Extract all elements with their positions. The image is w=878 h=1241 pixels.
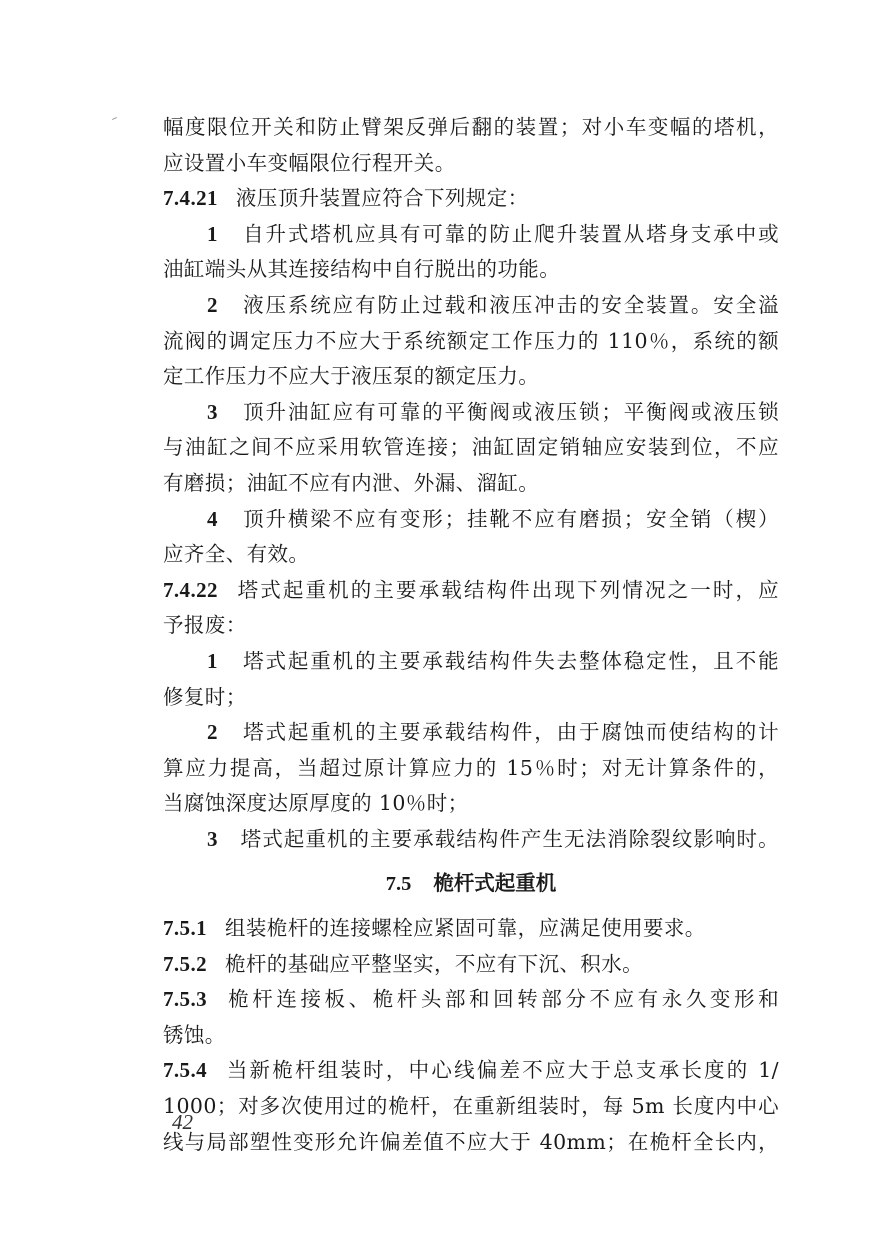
list-item-2: 2 塔式起重机的主要承载结构件，由于腐蚀而使结构的计 xyxy=(163,715,779,751)
text-line: 流阀的调定压力不应大于系统额定工作压力的 110％，系统的额 xyxy=(163,324,779,360)
text-line: 锈蚀。 xyxy=(163,1018,779,1054)
section-number: 7.5 xyxy=(386,873,412,895)
text-line: 与油缸之间不应采用软管连接；油缸固定销轴应安装到位，不应 xyxy=(163,430,779,466)
text-line: 予报废： xyxy=(163,608,779,644)
list-item-3: 3 顶升油缸应有可靠的平衡阀或液压锁；平衡阀或液压锁 xyxy=(163,395,779,431)
text-line: 线与局部塑性变形允许偏差值不应大于 40mm；在桅杆全长内， xyxy=(163,1125,779,1161)
list-item-1: 1 自升式塔机应具有可靠的防止爬升装置从塔身支承中或 xyxy=(163,217,779,253)
item-number: 3 xyxy=(207,400,218,424)
text-line: 油缸端头从其连接结构中自行脱出的功能。 xyxy=(163,252,779,288)
section-title: 桅杆式起重机 xyxy=(433,871,556,895)
clause-title: 塔式起重机的主要承载结构件出现下列情况之一时，应 xyxy=(236,578,779,602)
clause-7-4-21-heading: 7.4.21液压顶升装置应符合下列规定： xyxy=(163,181,779,217)
list-item-4: 4 顶升横梁不应有变形；挂靴不应有磨损；安全销（楔） xyxy=(163,502,779,538)
document-body: 幅度限位开关和防止臂架反弹后翻的装置；对小车变幅的塔机， 应设置小车变幅限位行程… xyxy=(163,110,779,1160)
clause-7-5-2: 7.5.2桅杆的基础应平整坚实，不应有下沉、积水。 xyxy=(163,947,779,983)
list-item-3: 3 塔式起重机的主要承载结构件产生无法消除裂纹影响时。 xyxy=(163,822,779,858)
text-line: 定工作压力不应大于液压泵的额定压力。 xyxy=(163,359,779,395)
clause-number: 7.5.2 xyxy=(163,952,207,976)
item-number: 2 xyxy=(207,720,218,744)
text-line: 当腐蚀深度达原厚度的 10％时； xyxy=(163,786,779,822)
clause-title: 液压顶升装置应符合下列规定： xyxy=(236,186,529,210)
clause-7-5-3: 7.5.3桅杆连接板、桅杆头部和回转部分不应有永久变形和 xyxy=(163,982,779,1018)
list-item-2: 2 液压系统应有防止过载和液压冲击的安全装置。安全溢 xyxy=(163,288,779,324)
text-line: 应设置小车变幅限位行程开关。 xyxy=(163,146,779,182)
item-number: 1 xyxy=(207,222,218,246)
item-number: 1 xyxy=(207,649,218,673)
text-line: 修复时； xyxy=(163,680,779,716)
item-number: 2 xyxy=(207,293,218,317)
clause-7-5-4: 7.5.4当新桅杆组装时，中心线偏差不应大于总支承长度的 1/ xyxy=(163,1053,779,1089)
page-number: 42 xyxy=(172,1110,193,1135)
clause-number: 7.4.22 xyxy=(163,578,218,602)
text-line: 算应力提高，当超过原计算应力的 15％时；对无计算条件的， xyxy=(163,751,779,787)
clause-7-4-22-heading: 7.4.22塔式起重机的主要承载结构件出现下列情况之一时，应 xyxy=(163,573,779,609)
clause-number: 7.5.4 xyxy=(163,1058,207,1082)
text-line: 1000；对多次使用过的桅杆，在重新组装时，每 5m 长度内中心 xyxy=(163,1089,779,1125)
clause-number: 7.5.3 xyxy=(163,987,207,1011)
text-line: 应齐全、有效。 xyxy=(163,537,779,573)
clause-number: 7.5.1 xyxy=(163,916,207,940)
text-line: 幅度限位开关和防止臂架反弹后翻的装置；对小车变幅的塔机， xyxy=(163,110,779,146)
text-line: 有磨损；油缸不应有内泄、外漏、溜缸。 xyxy=(163,466,779,502)
list-item-1: 1 塔式起重机的主要承载结构件失去整体稳定性，且不能 xyxy=(163,644,779,680)
item-number: 3 xyxy=(207,827,218,851)
scan-speck xyxy=(112,117,117,120)
section-heading-7-5: 7.5桅杆式起重机 xyxy=(163,866,779,902)
clause-number: 7.4.21 xyxy=(163,186,218,210)
item-number: 4 xyxy=(207,507,218,531)
clause-7-5-1: 7.5.1组装桅杆的连接螺栓应紧固可靠，应满足使用要求。 xyxy=(163,911,779,947)
